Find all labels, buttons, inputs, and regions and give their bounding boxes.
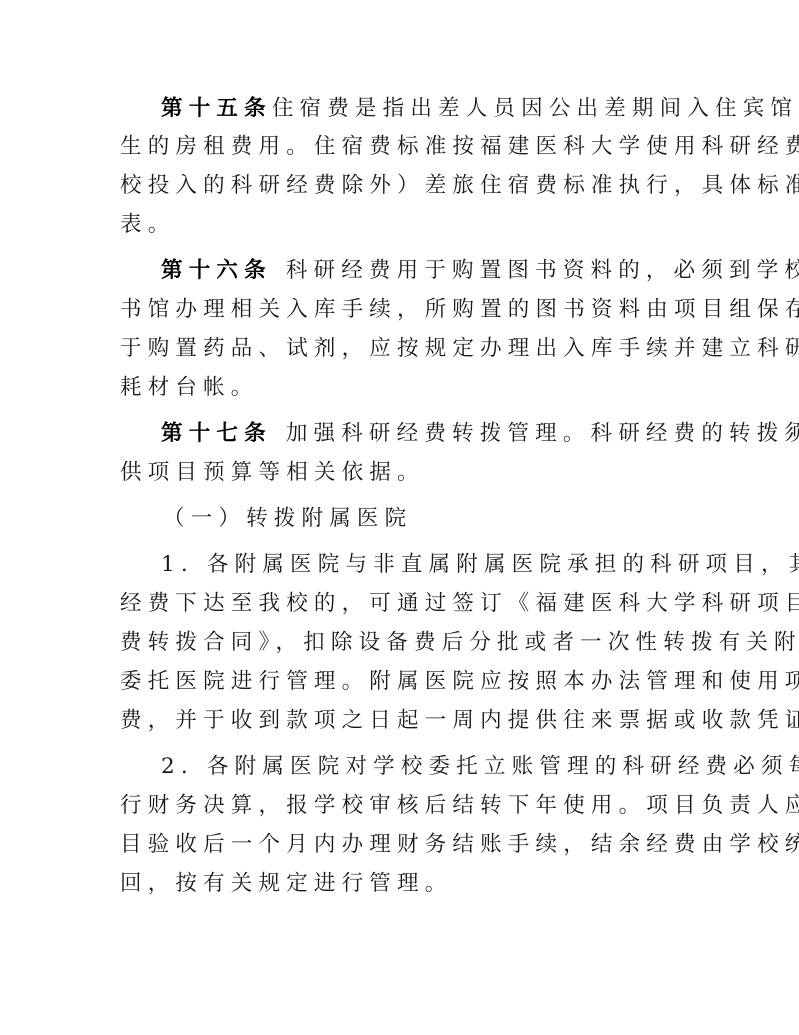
item-1-line-1: 1. 各附属医院与非直属附属医院承担的科研项目，其研究 <box>161 548 682 582</box>
article-17-line-2: 供项目预算等相关依据。 <box>120 456 682 490</box>
article-16-line-1: 第十六条科研经费用于购置图书资料的，必须到学校图 <box>161 254 682 288</box>
article-15-line-1: 第十五条住宿费是指出差人员因公出差期间入住宾馆发 <box>161 92 682 126</box>
article-15-heading: 第十五条 <box>161 96 272 121</box>
article-16-heading: 第十六条 <box>161 258 272 283</box>
article-17-line-1: 第十七条加强科研经费转拨管理。科研经费的转拨须提 <box>161 417 682 451</box>
section-heading: （一）转拨附属医院 <box>163 502 682 536</box>
article-16-text: 科研经费用于购置图书资料的，必须到学校图 <box>286 258 799 283</box>
item-1-line-4: 委托医院进行管理。附属医院应按照本办法管理和使用项目经 <box>120 665 682 699</box>
item-1-line-2: 经费下达至我校的，可通过签订《福建医科大学科研项目研究经 <box>120 587 682 621</box>
article-17-text: 加强科研经费转拨管理。科研经费的转拨须提 <box>286 421 799 446</box>
article-15-line-2: 生的房租费用。住宿费标准按福建医科大学使用科研经费（学 <box>120 130 682 164</box>
item-2-line-2: 行财务决算，报学校审核后结转下年使用。项目负责人应在项 <box>120 789 682 823</box>
document-page: 第十五条住宿费是指出差人员因公出差期间入住宾馆发 生的房租费用。住宿费标准按福建… <box>0 0 799 1035</box>
article-15-text: 住宿费是指出差人员因公出差期间入住宾馆发 <box>272 96 799 121</box>
article-15-line-3: 校投入的科研经费除外）差旅住宿费标准执行，具体标准见附 <box>120 169 682 203</box>
article-15-line-4: 表。 <box>120 208 682 242</box>
article-16-line-3: 于购置药品、试剂，应按规定办理出入库手续并建立科研实验 <box>120 332 682 366</box>
article-16-line-2: 书馆办理相关入库手续，所购置的图书资料由项目组保存；用 <box>120 293 682 327</box>
item-2-line-1: 2. 各附属医院对学校委托立账管理的科研经费必须每年进 <box>161 750 682 784</box>
item-2-line-4: 回，按有关规定进行管理。 <box>120 867 682 901</box>
item-2-line-3: 目验收后一个月内办理财务结账手续，结余经费由学校统一收 <box>120 828 682 862</box>
item-1-line-3: 费转拨合同》，扣除设备费后分批或者一次性转拨有关附属医院， <box>120 626 682 660</box>
article-16-line-4: 耗材台帐。 <box>120 371 682 405</box>
item-1-line-5: 费，并于收到款项之日起一周内提供往来票据或收款凭证。 <box>120 704 682 738</box>
article-17-heading: 第十七条 <box>161 421 272 446</box>
